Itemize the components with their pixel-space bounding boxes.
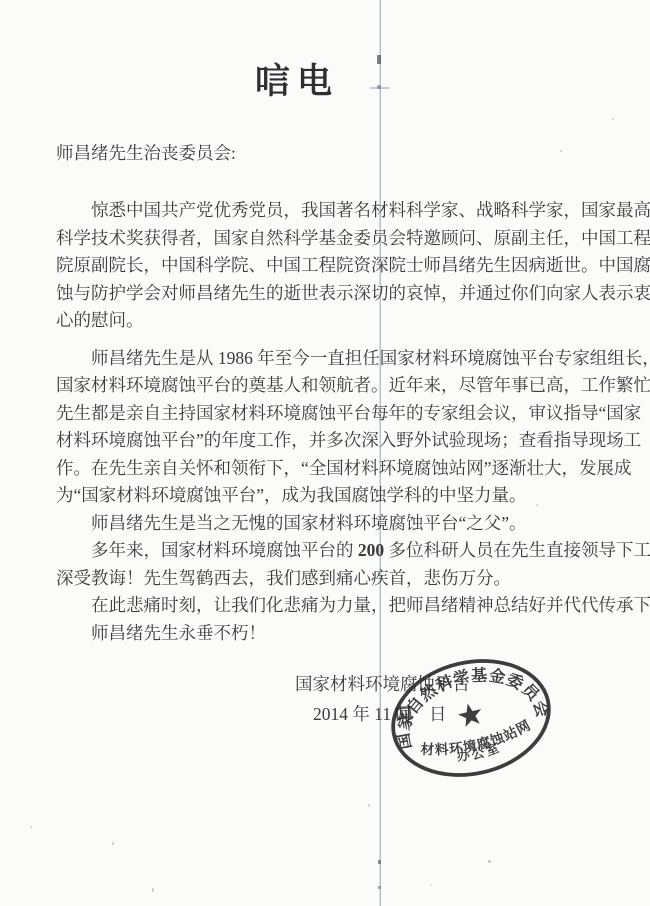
scan-speck bbox=[378, 886, 381, 889]
seal-box-mark bbox=[395, 706, 411, 720]
letter-line-part-bold: 200 bbox=[358, 540, 384, 560]
scan-speck bbox=[612, 118, 614, 120]
letter-line: 科学技术奖获得者，国家自然科学基金委员会特邀顾问、原副主任，中国工程 bbox=[56, 225, 631, 253]
letter-line: 在此悲痛时刻，让我们化悲痛为力量，把师昌绪精神总结好并代代传承下去。 bbox=[56, 592, 631, 620]
letter-line: 师昌绪先生是从 1986 年至今一直担任国家材料环境腐蚀平台专家组组长，是 bbox=[56, 345, 631, 373]
letter-line: 院原副院长，中国科学院、中国工程院资深院士师昌绪先生因病逝世。中国腐 bbox=[56, 252, 631, 280]
scan-speck bbox=[560, 150, 562, 152]
letter-body: 惊悉中国共产党优秀党员，我国著名材料科学家、战略科学家，国家最高 科学技术奖获得… bbox=[56, 197, 631, 647]
letter-line: 惊悉中国共产党优秀党员，我国著名材料科学家、战略科学家，国家最高 bbox=[56, 197, 631, 225]
letter-line: 师昌绪先生永垂不朽！ bbox=[56, 620, 631, 648]
letter-line: 国家材料环境腐蚀平台的奠基人和领航者。近年来，尽管年事已高，工作繁忙， bbox=[56, 372, 631, 400]
letter-line-part: 多位科研人员在先生直接领导下工作， bbox=[384, 540, 650, 560]
scan-speck bbox=[152, 888, 154, 892]
star-icon bbox=[456, 701, 484, 728]
svg-text:国家自然科学基金委员会: 国家自然科学基金委员会 bbox=[382, 650, 553, 751]
letter-line-part: 多年来，国家材料环境腐蚀平台的 bbox=[91, 540, 358, 560]
letter-line: 多年来，国家材料环境腐蚀平台的 200 多位科研人员在先生直接领导下工作， bbox=[56, 537, 631, 565]
seal-ring-text: 国家自然科学基金委员会 bbox=[382, 650, 553, 751]
letter-title: 唁电 bbox=[0, 54, 622, 104]
letter-line: 蚀与防护学会对师昌绪先生的逝世表示深切的哀悼，并通过你们向家人表示衷 bbox=[56, 280, 631, 308]
letter-line: 作。在先生亲自关怀和领衔下，“全国材料环境腐蚀站网”逐渐壮大，发展成 bbox=[56, 455, 631, 483]
scan-speck bbox=[488, 860, 491, 863]
letter-line: 材料环境腐蚀平台”的年度工作，并多次深入野外试验现场；查看指导现场工 bbox=[56, 427, 631, 455]
scan-speck bbox=[430, 884, 432, 886]
letter-salutation: 师昌绪先生治丧委员会: bbox=[56, 140, 236, 165]
letter-line: 深受教诲！先生驾鹤西去，我们感到痛心疾首，悲伤万分。 bbox=[56, 565, 631, 593]
letter-line: 为“国家材料环境腐蚀平台”，成为我国腐蚀学科的中坚力量。 bbox=[56, 482, 631, 510]
letter-line: 先生都是亲自主持国家材料环境腐蚀平台每年的专家组会议，审议指导“国家 bbox=[56, 400, 631, 428]
letter-line: 师昌绪先生是当之无愧的国家材料环境腐蚀平台“之父”。 bbox=[56, 510, 631, 538]
scan-speck bbox=[112, 842, 114, 845]
scan-speck bbox=[30, 826, 32, 828]
scanned-letter-page: 唁电 师昌绪先生治丧委员会: 惊悉中国共产党优秀党员，我国著名材料科学家、战略科… bbox=[0, 0, 650, 906]
letter-line: 心的慰问。 bbox=[56, 307, 631, 335]
scan-speck bbox=[378, 860, 381, 864]
scan-speck bbox=[368, 804, 370, 807]
